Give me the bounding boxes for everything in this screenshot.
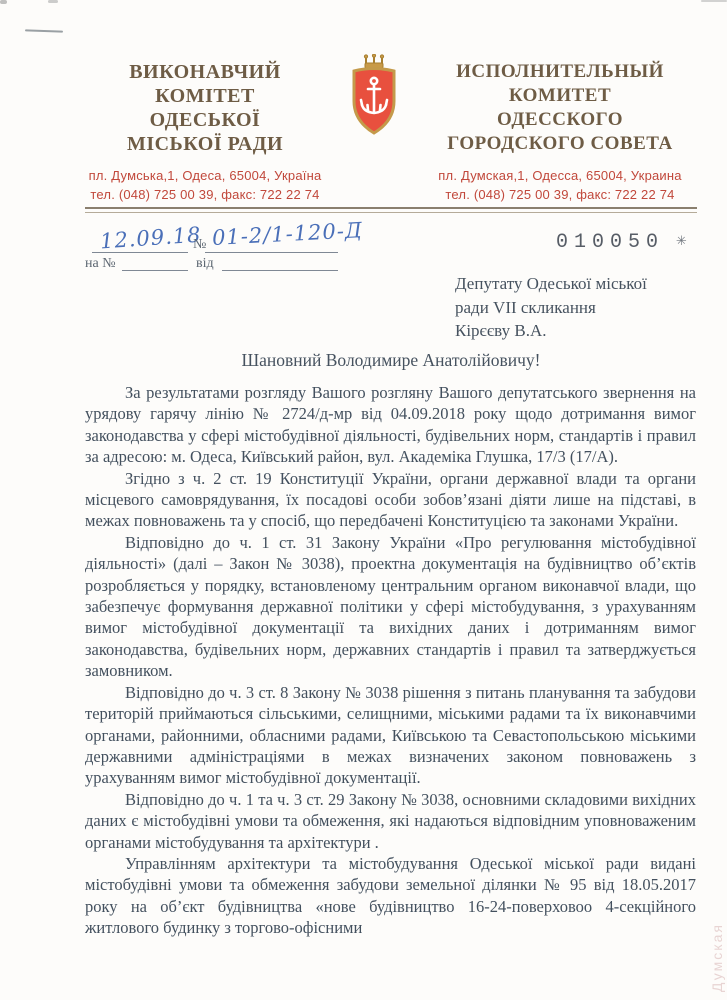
odesa-coat-of-arms xyxy=(342,54,406,148)
ruled-line xyxy=(222,270,338,271)
org-name-line: МІСЬКОЇ РАДИ xyxy=(76,132,334,156)
handwritten-date: 12.09.18 xyxy=(99,222,202,253)
recipient-line: Депутату Одеської міської xyxy=(455,272,705,296)
paragraph: Управлінням архітектури та містобудуванн… xyxy=(85,853,696,939)
org-name-line: ОДЕСЬКОЇ xyxy=(76,108,334,132)
recipient-block: Депутату Одеської міської ради VII склик… xyxy=(455,272,705,343)
org-address-ukrainian: пл. Думська,1, Одеса, 65004, Україна тел… xyxy=(76,166,334,204)
paragraph: За результатами розгляду Вашого розгляну… xyxy=(85,382,696,468)
recipient-line: ради VII скликання xyxy=(455,296,705,320)
salutation: Шановний Володимире Анатолійовичу! xyxy=(85,350,697,371)
address-line: пл. Думская,1, Одесса, 65004, Украина xyxy=(414,166,706,185)
ruled-line xyxy=(122,270,188,271)
stamp-asterisk-icon: ✳ xyxy=(676,234,687,249)
handwritten-reference-number: 01-2/1-120-Д xyxy=(211,218,363,250)
org-name-line: ГОРОДСКОГО СОВЕТА xyxy=(414,132,706,156)
crown-icon xyxy=(364,54,383,68)
paragraph: Відповідно до ч. 1 ст. 31 Закону України… xyxy=(85,532,696,682)
org-name-line: ИСПОЛНИТЕЛЬНЫЙ xyxy=(414,60,706,84)
org-name-russian: ИСПОЛНИТЕЛЬНЫЙ КОМИТЕТ ОДЕССКОГО ГОРОДСК… xyxy=(414,60,706,156)
watermark: Думская xyxy=(709,923,725,992)
org-name-line: КОМИТЕТ xyxy=(414,84,706,108)
ruled-line xyxy=(205,252,338,253)
org-name-line: ОДЕССКОГО xyxy=(414,108,706,132)
from-label: від xyxy=(196,256,214,272)
on-number-label: на № xyxy=(85,256,116,272)
scan-artifact xyxy=(0,0,7,4)
paragraph: Згідно з ч. 2 ст. 19 Конституції України… xyxy=(85,468,696,532)
number-sign-label: № xyxy=(193,237,206,253)
letter-body: За результатами розгляду Вашого розгляну… xyxy=(85,382,696,939)
org-name-ukrainian: ВИКОНАВЧИЙ КОМІТЕТ ОДЕСЬКОЇ МІСЬКОЇ РАДИ xyxy=(76,60,334,156)
paragraph: Відповідно до ч. 3 ст. 8 Закону № 3038 р… xyxy=(85,682,696,789)
stamp-number: 010050 xyxy=(556,231,664,254)
scan-artifact xyxy=(25,29,63,32)
org-address-russian: пл. Думская,1, Одесса, 65004, Украина те… xyxy=(414,166,706,204)
scan-artifact xyxy=(48,0,58,3)
org-name-line: ВИКОНАВЧИЙ xyxy=(76,60,334,84)
header-separator-line xyxy=(85,207,697,213)
ruled-line xyxy=(92,252,188,253)
scanned-letter-page: ВИКОНАВЧИЙ КОМІТЕТ ОДЕСЬКОЇ МІСЬКОЇ РАДИ… xyxy=(0,0,727,1000)
coat-of-arms-graphic xyxy=(342,54,406,148)
paragraph: Відповідно до ч. 1 та ч. 3 ст. 29 Закону… xyxy=(85,789,696,853)
org-name-line: КОМІТЕТ xyxy=(76,84,334,108)
scan-artifact xyxy=(701,0,727,2)
address-line: пл. Думська,1, Одеса, 65004, Україна xyxy=(76,166,334,185)
address-line: тел. (048) 725 00 39, факс: 722 22 74 xyxy=(414,185,706,204)
recipient-line: Кірєєву В.А. xyxy=(455,319,705,343)
address-line: тел. (048) 725 00 39, факс: 722 22 74 xyxy=(76,185,334,204)
